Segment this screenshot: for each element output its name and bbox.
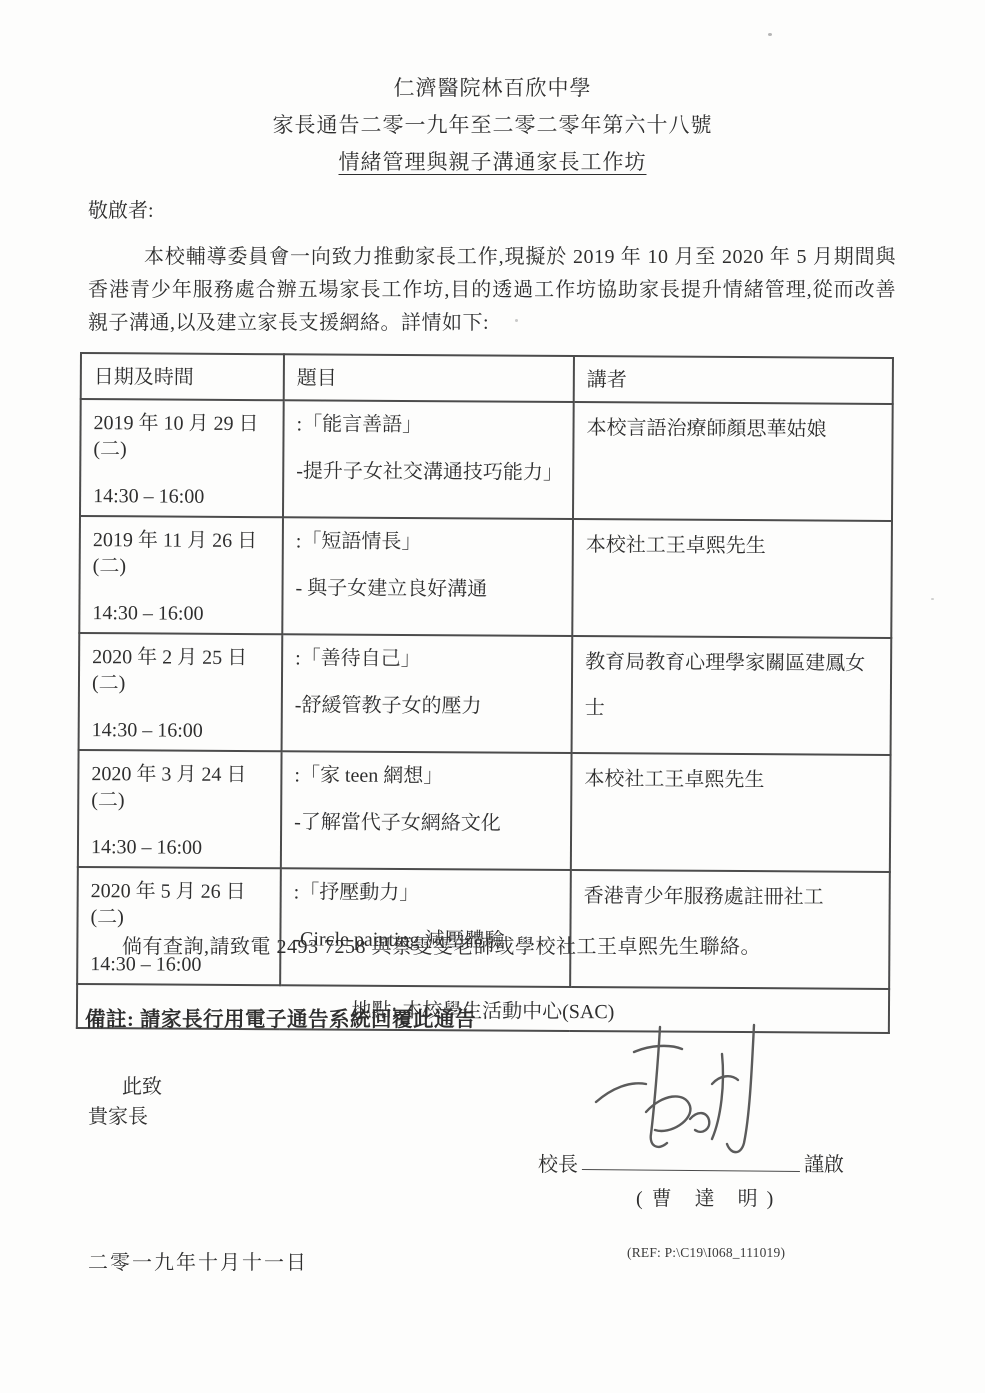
workshop-time: 14:30 – 16:00	[92, 600, 275, 627]
document-title: 情緒管理與親子溝通家長工作坊	[0, 144, 985, 181]
enquiry-line: 倘有查詢,請致電 2493 7258 與蔡雯雯老師或學校社工王卓熙先生聯絡。	[88, 930, 761, 959]
cell-topic: :「抒壓動力」 -Circle painting 減壓體驗	[280, 868, 571, 987]
cell-topic: :「能言善語」 -提升子女社交溝通技巧能力」	[283, 400, 574, 519]
cell-topic: :「短語情長」 - 與子女建立良好溝通	[282, 517, 573, 636]
speaker-name: 本校社工王卓熙先生	[584, 756, 883, 804]
table-header-row: 日期及時間 題目 講者	[81, 353, 893, 404]
principal-name: (曹 達 明)	[636, 1182, 782, 1211]
topic-subtitle: -提升子女社交溝通技巧能力」	[296, 458, 566, 486]
topic-title: :「能言善語」	[296, 411, 566, 439]
cell-speaker: 本校言語治療師顏思華姑娘	[573, 402, 893, 521]
speaker-name: 本校社工王卓熙先生	[586, 522, 885, 570]
topic-subtitle: - 與子女建立良好溝通	[295, 575, 565, 603]
scan-speck	[931, 598, 934, 600]
cell-speaker: 本校社工王卓熙先生	[572, 519, 892, 638]
notice-number-line: 家長通告二零一九年至二零二零年第六十八號	[0, 107, 985, 144]
workshop-date: 2020 年 3 月 24 日 (二)	[91, 761, 274, 814]
reference-code: (REF: P:\C19\I068_111019)	[627, 1245, 785, 1261]
issue-date: 二零一九年十月十一日	[88, 1246, 308, 1275]
table-row: 2020 年 5 月 26 日 (二) 14:30 – 16:00 :「抒壓動力…	[77, 867, 890, 989]
remark-line: 備註: 請家長行用電子通告系統回覆此通告	[85, 1002, 476, 1032]
document-subject: 情緒管理與親子溝通家長工作坊	[339, 150, 647, 174]
workshop-time: 14:30 – 16:00	[92, 717, 275, 744]
workshop-date: 2020 年 5 月 26 日 (二)	[90, 878, 273, 931]
header-speaker: 講者	[574, 356, 893, 404]
intro-paragraph: 本校輔導委員會一向致力推動家長工作,現擬於 2019 年 10 月至 2020 …	[88, 241, 896, 340]
speaker-name: 教育局教育心理學家關區建鳳女士	[585, 639, 885, 733]
cell-speaker: 教育局教育心理學家關區建鳳女士	[572, 636, 892, 755]
table-row: 2020 年 3 月 24 日 (二) 14:30 – 16:00 :「家 te…	[78, 750, 891, 872]
topic-title: :「抒壓動力」	[294, 879, 564, 907]
cell-date-time: 2019 年 11 月 26 日 (二) 14:30 – 16:00	[79, 516, 283, 634]
workshop-date: 2019 年 11 月 26 日 (二)	[93, 527, 276, 580]
document-header: 仁濟醫院林百欣中學 家長通告二零一九年至二零二零年第六十八號 情緒管理與親子溝通…	[0, 70, 985, 181]
workshop-date: 2019 年 10 月 29 日 (二)	[93, 410, 276, 463]
principal-label: 校長	[538, 1154, 578, 1176]
table-row: 2019 年 11 月 26 日 (二) 14:30 – 16:00 :「短語情…	[79, 516, 892, 638]
topic-title: :「家 teen 網想」	[294, 762, 564, 790]
principal-sign-line: 校長謹啟	[538, 1148, 844, 1177]
cell-date-time: 2020 年 5 月 26 日 (二) 14:30 – 16:00	[77, 867, 281, 985]
workshop-time: 14:30 – 16:00	[93, 483, 276, 510]
scan-speck	[515, 319, 518, 322]
salutation: 敬啟者:	[88, 194, 154, 223]
scanned-notice-page: 仁濟醫院林百欣中學 家長通告二零一九年至二零二零年第六十八號 情緒管理與親子溝通…	[0, 0, 985, 1393]
header-topic: 題目	[284, 354, 574, 402]
cell-topic: :「家 teen 網想」 -了解當代子女網絡文化	[281, 751, 572, 870]
table-row: 2020 年 2 月 25 日 (二) 14:30 – 16:00 :「善待自己…	[79, 633, 892, 755]
topic-title: :「短語情長」	[296, 528, 566, 556]
workshop-date: 2020 年 2 月 25 日 (二)	[92, 644, 275, 697]
speaker-name: 本校言語治療師顏思華姑娘	[586, 405, 885, 453]
closing-to: 此致	[122, 1070, 162, 1099]
closing-recipient: 貴家長	[88, 1100, 148, 1129]
table-row: 2019 年 10 月 29 日 (二) 14:30 – 16:00 :「能言善…	[80, 399, 893, 521]
topic-title: :「善待自己」	[295, 645, 565, 673]
scan-speck	[768, 33, 772, 36]
workshop-time: 14:30 – 16:00	[91, 834, 274, 861]
signature-underline	[582, 1149, 800, 1172]
respectfully-label: 謹啟	[804, 1154, 844, 1176]
topic-subtitle: -舒緩管教子女的壓力	[295, 692, 565, 720]
school-name: 仁濟醫院林百欣中學	[0, 70, 985, 107]
principal-signature	[592, 1022, 802, 1167]
cell-speaker: 本校社工王卓熙先生	[571, 753, 891, 872]
cell-date-time: 2020 年 2 月 25 日 (二) 14:30 – 16:00	[79, 633, 283, 751]
cell-topic: :「善待自己」 -舒緩管教子女的壓力	[282, 634, 573, 753]
speaker-name: 香港青少年服務處註冊社工	[584, 873, 883, 921]
topic-subtitle: -了解當代子女網絡文化	[294, 809, 564, 837]
header-date-time: 日期及時間	[81, 353, 284, 400]
cell-date-time: 2019 年 10 月 29 日 (二) 14:30 – 16:00	[80, 399, 284, 517]
cell-date-time: 2020 年 3 月 24 日 (二) 14:30 – 16:00	[78, 750, 282, 868]
